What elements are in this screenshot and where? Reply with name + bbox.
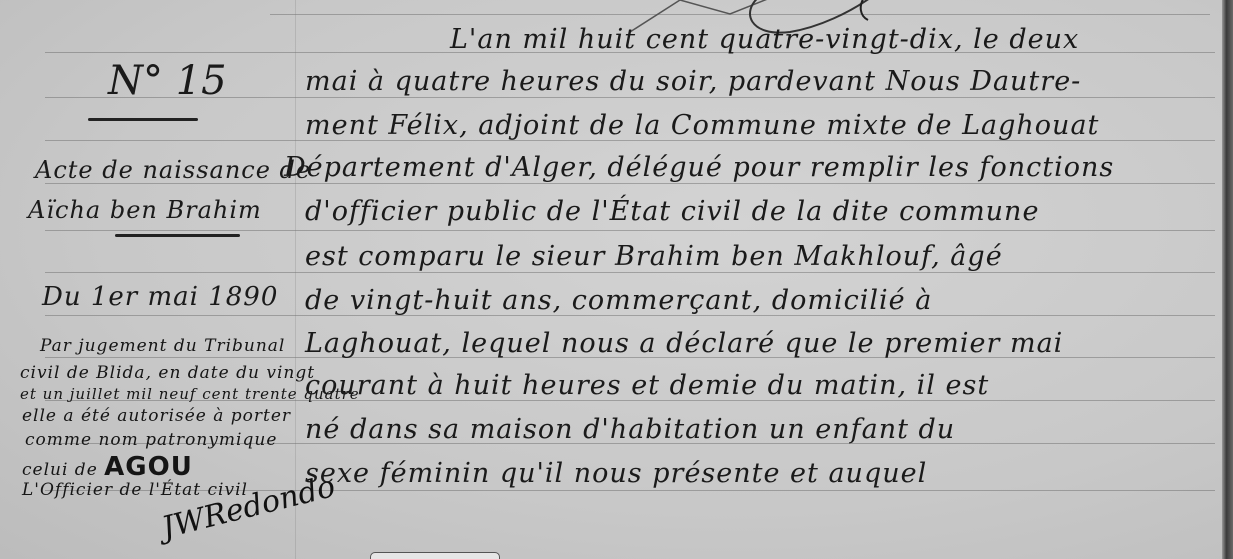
body-line-5: d'officier public de l'État civil de la … (305, 196, 1039, 227)
body-line-6: est comparu le sieur Brahim ben Makhlouf… (305, 241, 1003, 272)
body-line-11: sexe féminin qu'il nous présente et auqu… (305, 458, 927, 489)
annotation-line: comme nom patronymique (25, 430, 277, 450)
body-line-4: Département d'Alger, délégué pour rempli… (284, 152, 1114, 183)
annotation-celui-de: celui de (22, 460, 98, 480)
body-line-2: mai à quatre heures du soir, pardevant N… (305, 66, 1081, 97)
ruled-line (45, 272, 1215, 273)
annotation-line: elle a été autorisée à porter (22, 406, 291, 426)
body-line-7: de vingt-huit ans, commerçant, domicilié… (305, 285, 932, 316)
patronym: AGOU (104, 452, 193, 482)
margin-date: Du 1er mai 1890 (42, 282, 278, 312)
bottom-overlay-tab[interactable] (370, 552, 500, 559)
body-line-1: L'an mil huit cent quatre-vingt-dix, le … (450, 24, 1079, 55)
entry-number-underline (88, 118, 198, 121)
register-page: N° 15 Acte de naissance de Aïcha ben Bra… (0, 0, 1222, 559)
ruled-line (45, 230, 1215, 231)
annotation-line: celui de AGOU (22, 452, 193, 482)
name-underline (115, 234, 240, 237)
body-line-10: né dans sa maison d'habitation un enfant… (305, 414, 955, 445)
page-binding-edge (1222, 0, 1233, 559)
annotation-line: civil de Blida, en date du vingt (20, 363, 315, 383)
body-line-8: Laghouat, lequel nous a déclaré que le p… (305, 328, 1063, 359)
annotation-line: Par jugement du Tribunal (40, 336, 285, 356)
margin-title-line-1: Acte de naissance de (35, 156, 311, 184)
margin-rule (295, 0, 296, 559)
margin-title-line-2: Aïcha ben Brahim (28, 196, 262, 224)
body-line-9: courant à huit heures et demie du matin,… (305, 370, 989, 401)
body-line-3: ment Félix, adjoint de la Commune mixte … (305, 110, 1099, 141)
entry-number: N° 15 (108, 58, 227, 104)
